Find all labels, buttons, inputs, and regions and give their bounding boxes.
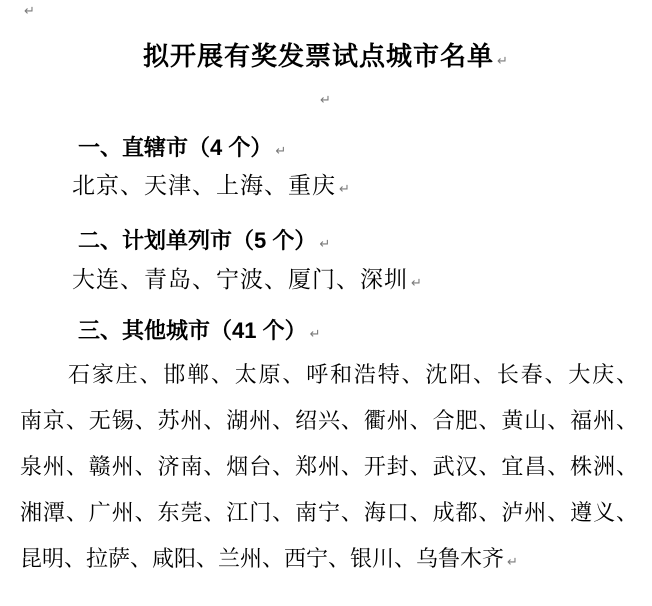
paragraph-mark: ↵: [319, 237, 330, 252]
paragraph-mark: ↵: [497, 54, 509, 69]
paragraph-mark: ↵: [275, 144, 286, 159]
section-1-heading-line: 一、直辖市（4 个）↵: [78, 131, 286, 162]
paragraph-mark: ↵: [310, 327, 321, 342]
section-3-cities-line-1: 石家庄、邯郸、太原、呼和浩特、沈阳、长春、大庆、: [20, 352, 638, 398]
paragraph-mark: ↵: [507, 555, 518, 570]
section-3-heading-line: 三、其他城市（41 个）↵: [78, 314, 321, 345]
section-3-cities-line-5-text: 昆明、拉萨、咸阳、兰州、西宁、银川、乌鲁木齐: [20, 546, 504, 571]
section-3-cities-line-3: 泉州、赣州、济南、烟台、郑州、开封、武汉、宜昌、株洲、: [20, 444, 638, 490]
section-3-cities-line-4: 湘潭、广州、东莞、江门、南宁、海口、成都、泸州、遵义、: [20, 490, 638, 536]
section-3-cities-line-5: 昆明、拉萨、咸阳、兰州、西宁、银川、乌鲁木齐↵: [20, 536, 638, 582]
paragraph-mark: ↵: [24, 4, 35, 19]
paragraph-mark: ↵: [339, 182, 351, 197]
section-1-heading: 一、直辖市（4 个）: [78, 135, 272, 160]
page-title: 拟开展有奖发票试点城市名单: [143, 41, 494, 71]
title-line: 拟开展有奖发票试点城市名单↵: [0, 36, 652, 73]
section-2-cities: 大连、青岛、宁波、厦门、深圳: [72, 267, 408, 292]
section-3-paragraph: 石家庄、邯郸、太原、呼和浩特、沈阳、长春、大庆、 南京、无锡、苏州、湖州、绍兴、…: [20, 352, 638, 582]
section-2-body-line: 大连、青岛、宁波、厦门、深圳↵: [72, 261, 423, 294]
section-1-cities: 北京、天津、上海、重庆: [72, 173, 336, 198]
paragraph-mark: ↵: [320, 93, 331, 108]
document-page: ↵ 拟开展有奖发票试点城市名单↵ ↵ 一、直辖市（4 个）↵ 北京、天津、上海、…: [0, 0, 652, 606]
section-3-heading: 三、其他城市（41 个）: [78, 318, 307, 343]
section-3-cities-line-2: 南京、无锡、苏州、湖州、绍兴、衢州、合肥、黄山、福州、: [20, 398, 638, 444]
section-1-body-line: 北京、天津、上海、重庆↵: [72, 167, 351, 200]
paragraph-mark: ↵: [411, 276, 423, 291]
section-2-heading-line: 二、计划单列市（5 个）↵: [78, 224, 330, 255]
section-2-heading: 二、计划单列市（5 个）: [78, 228, 316, 253]
